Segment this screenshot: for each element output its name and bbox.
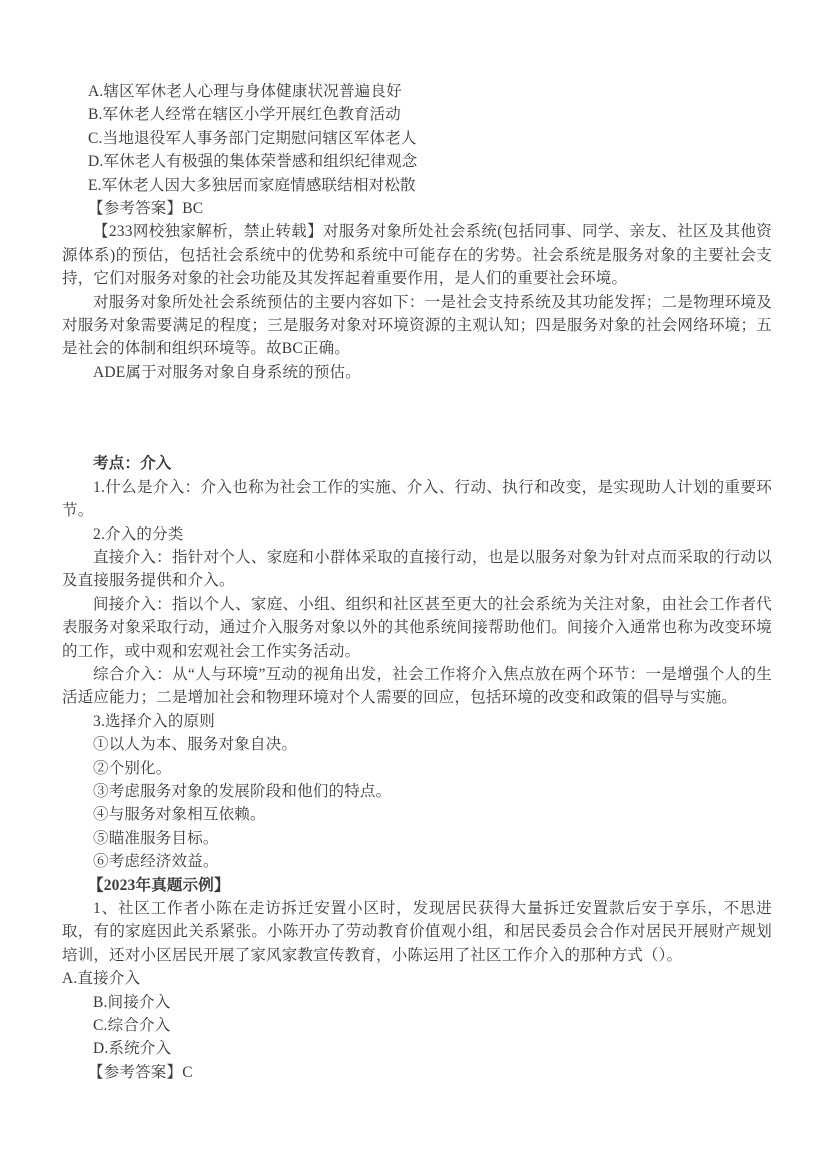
prev-option-b: B.军休老人经常在辖区小学开展红色教育活动 (62, 103, 772, 126)
topic-definition: 1.什么是介入：介入也称为社会工作的实施、介入、行动、执行和改变，是实现助人计划… (62, 476, 772, 523)
principle-item-6: ⑥考虑经济效益。 (62, 850, 772, 873)
topic-classification-title: 2.介入的分类 (62, 523, 772, 546)
topic-heading: 考点：介入 (62, 452, 772, 475)
prev-reference-answer: 【参考答案】BC (62, 197, 772, 220)
principle-item-1: ①以人为本、服务对象自决。 (62, 733, 772, 756)
document-page: A.辖区军休老人心理与身体健康状况普遍良好 B.军休老人经常在辖区小学开展红色教… (0, 0, 830, 1084)
example-option-c: C.综合介入 (62, 1014, 772, 1037)
prev-option-d: D.军休老人有极强的集体荣誉感和组织纪律观念 (62, 150, 772, 173)
example-heading: 【2023年真题示例】 (62, 874, 772, 897)
analysis-paragraph-2: 对服务对象所处社会系统预估的主要内容如下：一是社会支持系统及其功能发挥；二是物理… (62, 291, 772, 361)
example-option-b: B.间接介入 (62, 991, 772, 1014)
topic-indirect-intervention: 间接介入：指以个人、家庭、小组、组织和社区甚至更大的社会系统为关注对象，由社会工… (62, 593, 772, 663)
example-option-d: D.系统介入 (62, 1037, 772, 1060)
example-reference-answer: 【参考答案】C (62, 1061, 772, 1084)
example-option-a: A.直接介入 (62, 967, 772, 990)
analysis-paragraph-3: ADE属于对服务对象自身系统的预估。 (62, 361, 772, 384)
topic-direct-intervention: 直接介入：指针对个人、家庭和小群体采取的直接行动，也是以服务对象为针对点而采取的… (62, 546, 772, 593)
prev-option-a: A.辖区军休老人心理与身体健康状况普遍良好 (62, 80, 772, 103)
example-question-text: 1、社区工作者小陈在走访拆迁安置小区时，发现居民获得大量拆迁安置款后安于享乐，不… (62, 897, 772, 967)
principle-item-5: ⑤瞄准服务目标。 (62, 827, 772, 850)
prev-option-c: C.当地退役军人事务部门定期慰问辖区军体老人 (62, 127, 772, 150)
prev-option-e: E.军休老人因大多独居而家庭情感联结相对松散 (62, 174, 772, 197)
topic-comprehensive-intervention: 综合介入：从“人与环境”互动的视角出发，社会工作将介入焦点放在两个环节：一是增强… (62, 663, 772, 710)
principle-item-4: ④与服务对象相互依赖。 (62, 803, 772, 826)
analysis-paragraph-1: 【233网校独家解析，禁止转载】对服务对象所处社会系统(包括同事、同学、亲友、社… (62, 220, 772, 290)
topic-principles-title: 3.选择介入的原则 (62, 710, 772, 733)
principle-item-2: ②个别化。 (62, 757, 772, 780)
principle-item-3: ③考虑服务对象的发展阶段和他们的特点。 (62, 780, 772, 803)
